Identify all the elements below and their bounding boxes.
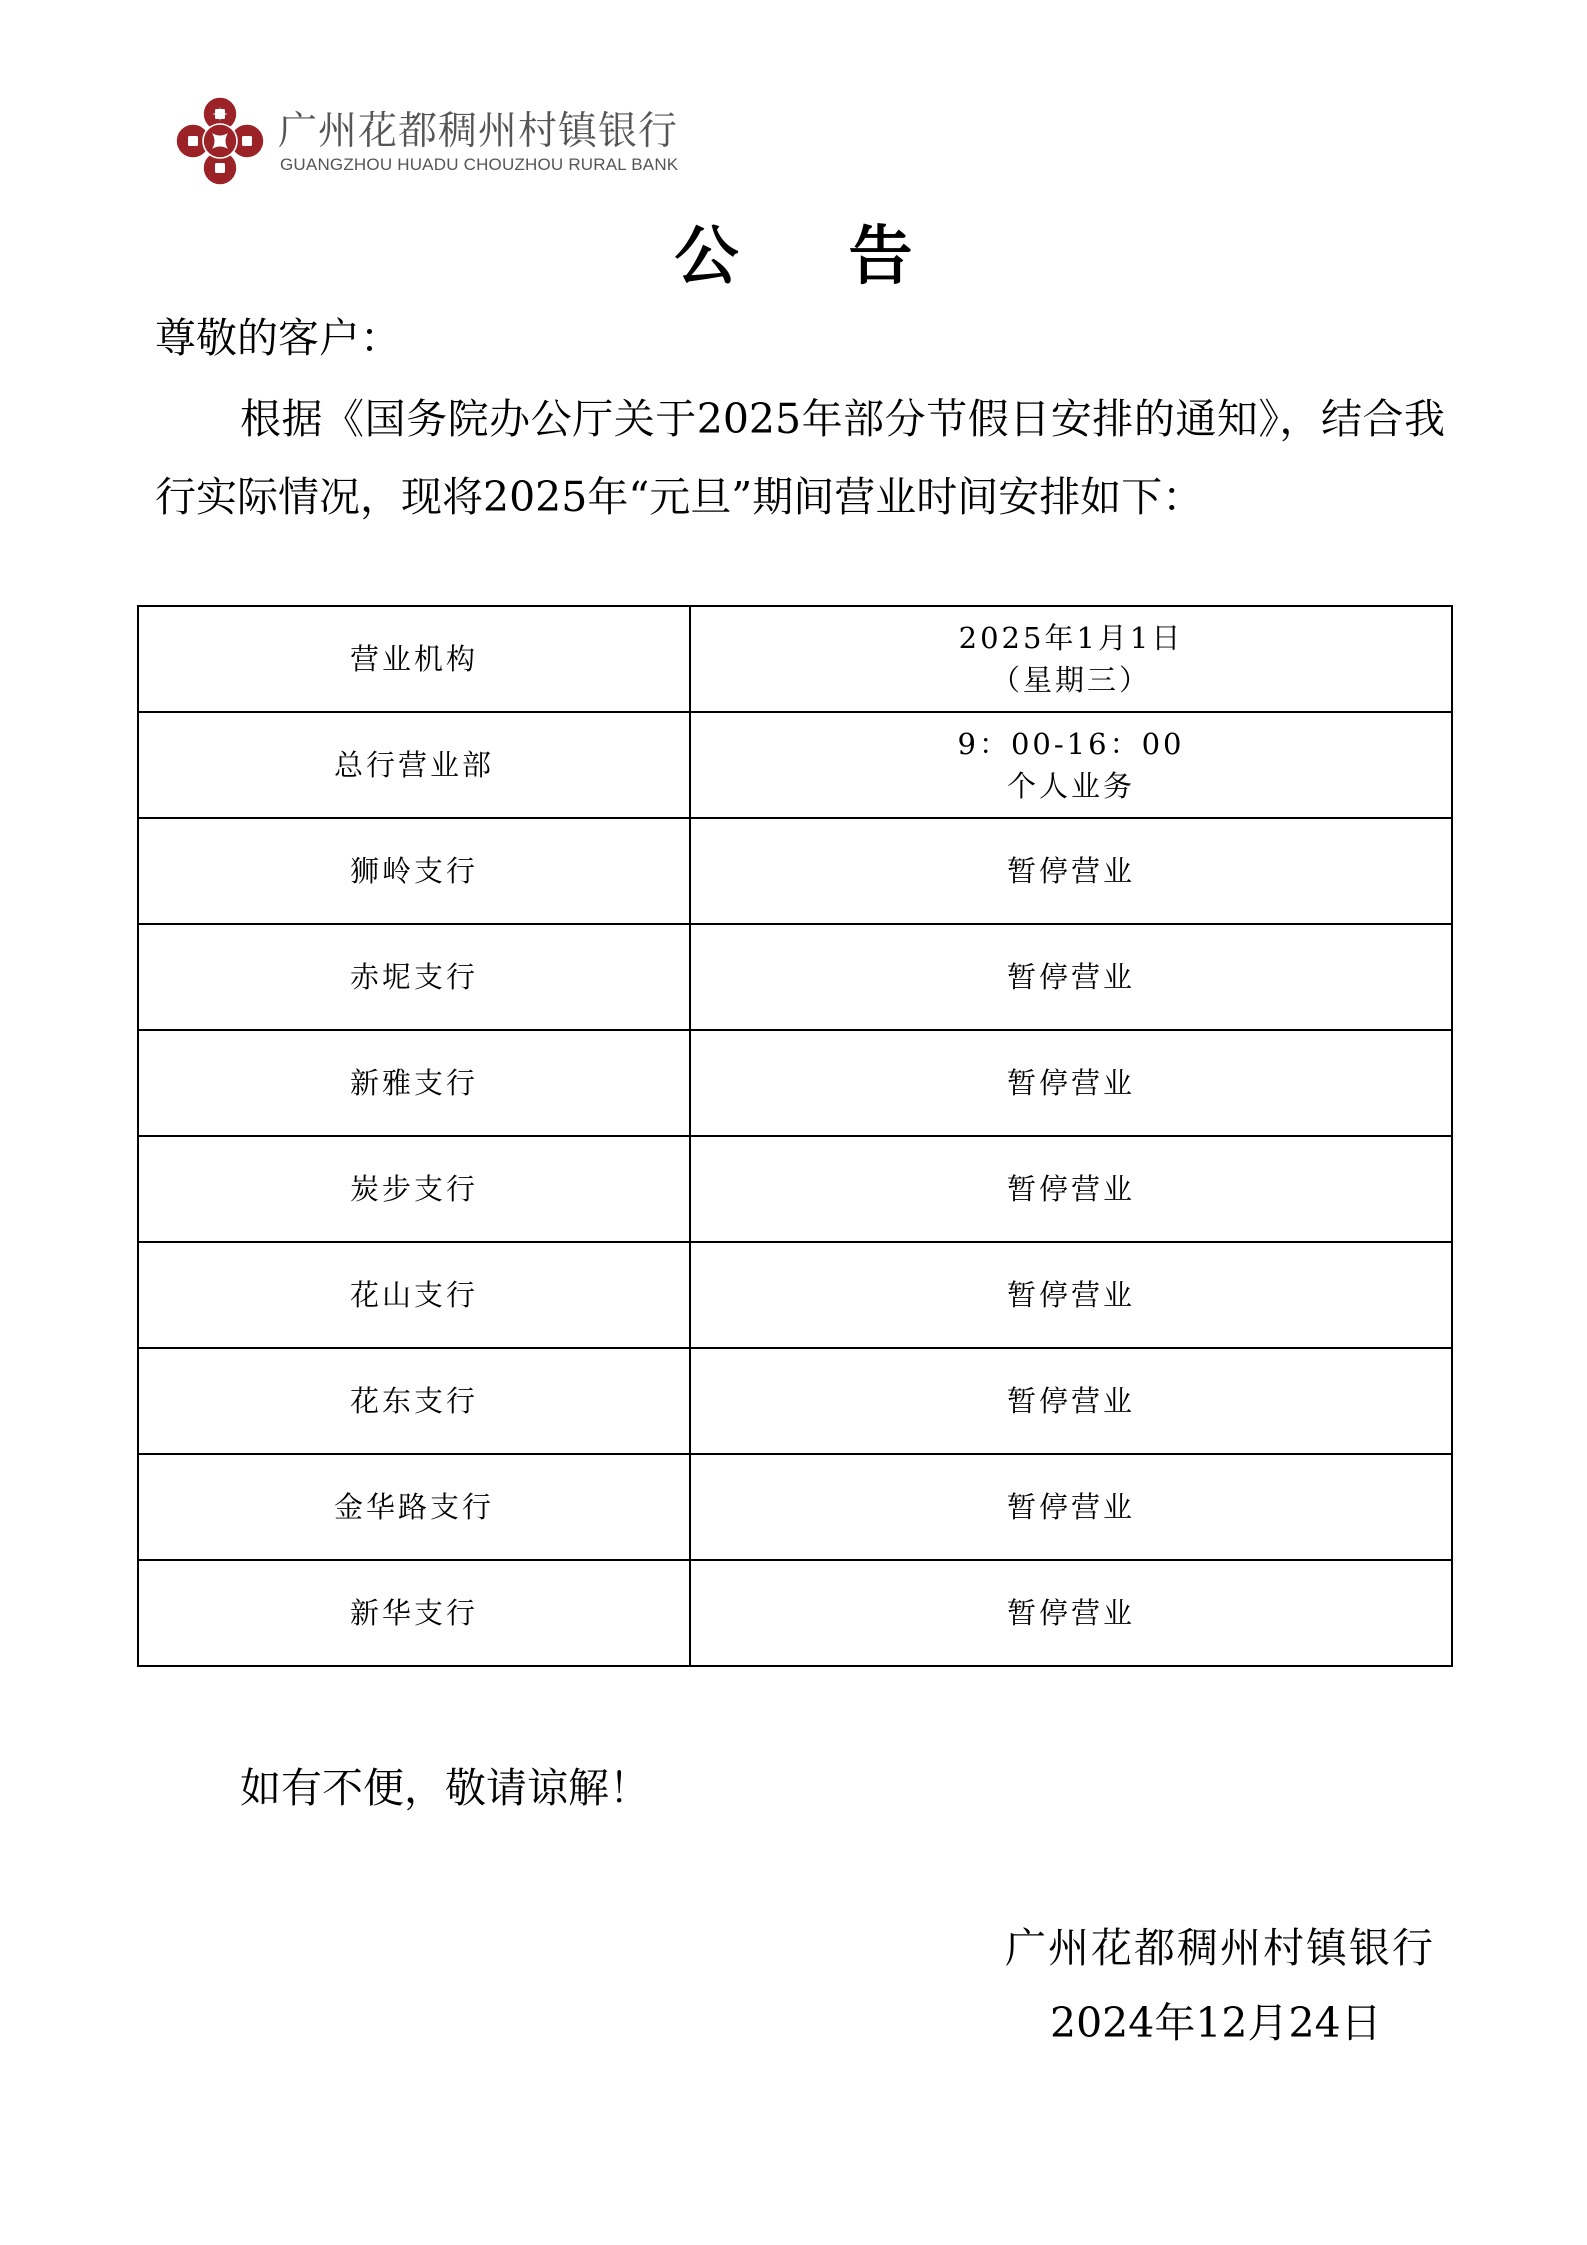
header-branch: 营业机构 <box>138 606 690 712</box>
table-row: 金华路支行 暂停营业 <box>138 1454 1452 1560</box>
signature-organization: 广州花都稠州村镇银行 <box>1005 1915 1435 1974</box>
title-char-1: 公 <box>675 205 739 297</box>
title-char-2: 告 <box>849 205 913 297</box>
branch-name: 花山支行 <box>138 1242 690 1348</box>
status-note: 个人业务 <box>691 765 1451 807</box>
branch-name: 狮岭支行 <box>138 818 690 924</box>
header-date-line1: 2025年1月1日 <box>691 617 1451 659</box>
holiday-schedule-table: 营业机构 2025年1月1日 （星期三） 总行营业部 9：00-16：00 个人… <box>137 605 1453 1667</box>
closing-remark: 如有不便，敬请谅解！ <box>240 1755 650 1814</box>
header-date: 2025年1月1日 （星期三） <box>690 606 1452 712</box>
branch-name: 花东支行 <box>138 1348 690 1454</box>
branch-status: 暂停营业 <box>690 1242 1452 1348</box>
status-hours: 9：00-16：00 <box>691 723 1451 765</box>
notice-title: 公告 <box>0 205 1587 297</box>
branch-name: 金华路支行 <box>138 1454 690 1560</box>
table-row: 总行营业部 9：00-16：00 个人业务 <box>138 712 1452 818</box>
table-row: 花东支行 暂停营业 <box>138 1348 1452 1454</box>
branch-name: 新华支行 <box>138 1560 690 1666</box>
table-row: 花山支行 暂停营业 <box>138 1242 1452 1348</box>
branch-status: 暂停营业 <box>690 1030 1452 1136</box>
branch-status: 暂停营业 <box>690 1560 1452 1666</box>
header-date-line2: （星期三） <box>691 659 1451 701</box>
branch-name: 炭步支行 <box>138 1136 690 1242</box>
coin-cross-logo-icon <box>175 96 265 186</box>
bank-name-cn: 广州花都稠州村镇银行 <box>278 100 678 156</box>
bank-name-en: GUANGZHOU HUADU CHOUZHOU RURAL BANK <box>280 155 678 175</box>
table-row: 新雅支行 暂停营业 <box>138 1030 1452 1136</box>
branch-status: 暂停营业 <box>690 1348 1452 1454</box>
table-row: 赤坭支行 暂停营业 <box>138 924 1452 1030</box>
branch-status: 暂停营业 <box>690 1136 1452 1242</box>
branch-name: 总行营业部 <box>138 712 690 818</box>
table-row: 新华支行 暂停营业 <box>138 1560 1452 1666</box>
branch-status: 暂停营业 <box>690 924 1452 1030</box>
branch-name: 新雅支行 <box>138 1030 690 1136</box>
branch-status: 9：00-16：00 个人业务 <box>690 712 1452 818</box>
signature-date: 2024年12月24日 <box>1050 1990 1382 2049</box>
branch-status: 暂停营业 <box>690 818 1452 924</box>
notice-body: 根据《国务院办公厅关于2025年部分节假日安排的通知》，结合我行实际情况，现将2… <box>155 380 1445 536</box>
branch-name: 赤坭支行 <box>138 924 690 1030</box>
branch-status: 暂停营业 <box>690 1454 1452 1560</box>
salutation: 尊敬的客户： <box>155 305 401 364</box>
table-row: 狮岭支行 暂停营业 <box>138 818 1452 924</box>
table-header-row: 营业机构 2025年1月1日 （星期三） <box>138 606 1452 712</box>
table-row: 炭步支行 暂停营业 <box>138 1136 1452 1242</box>
